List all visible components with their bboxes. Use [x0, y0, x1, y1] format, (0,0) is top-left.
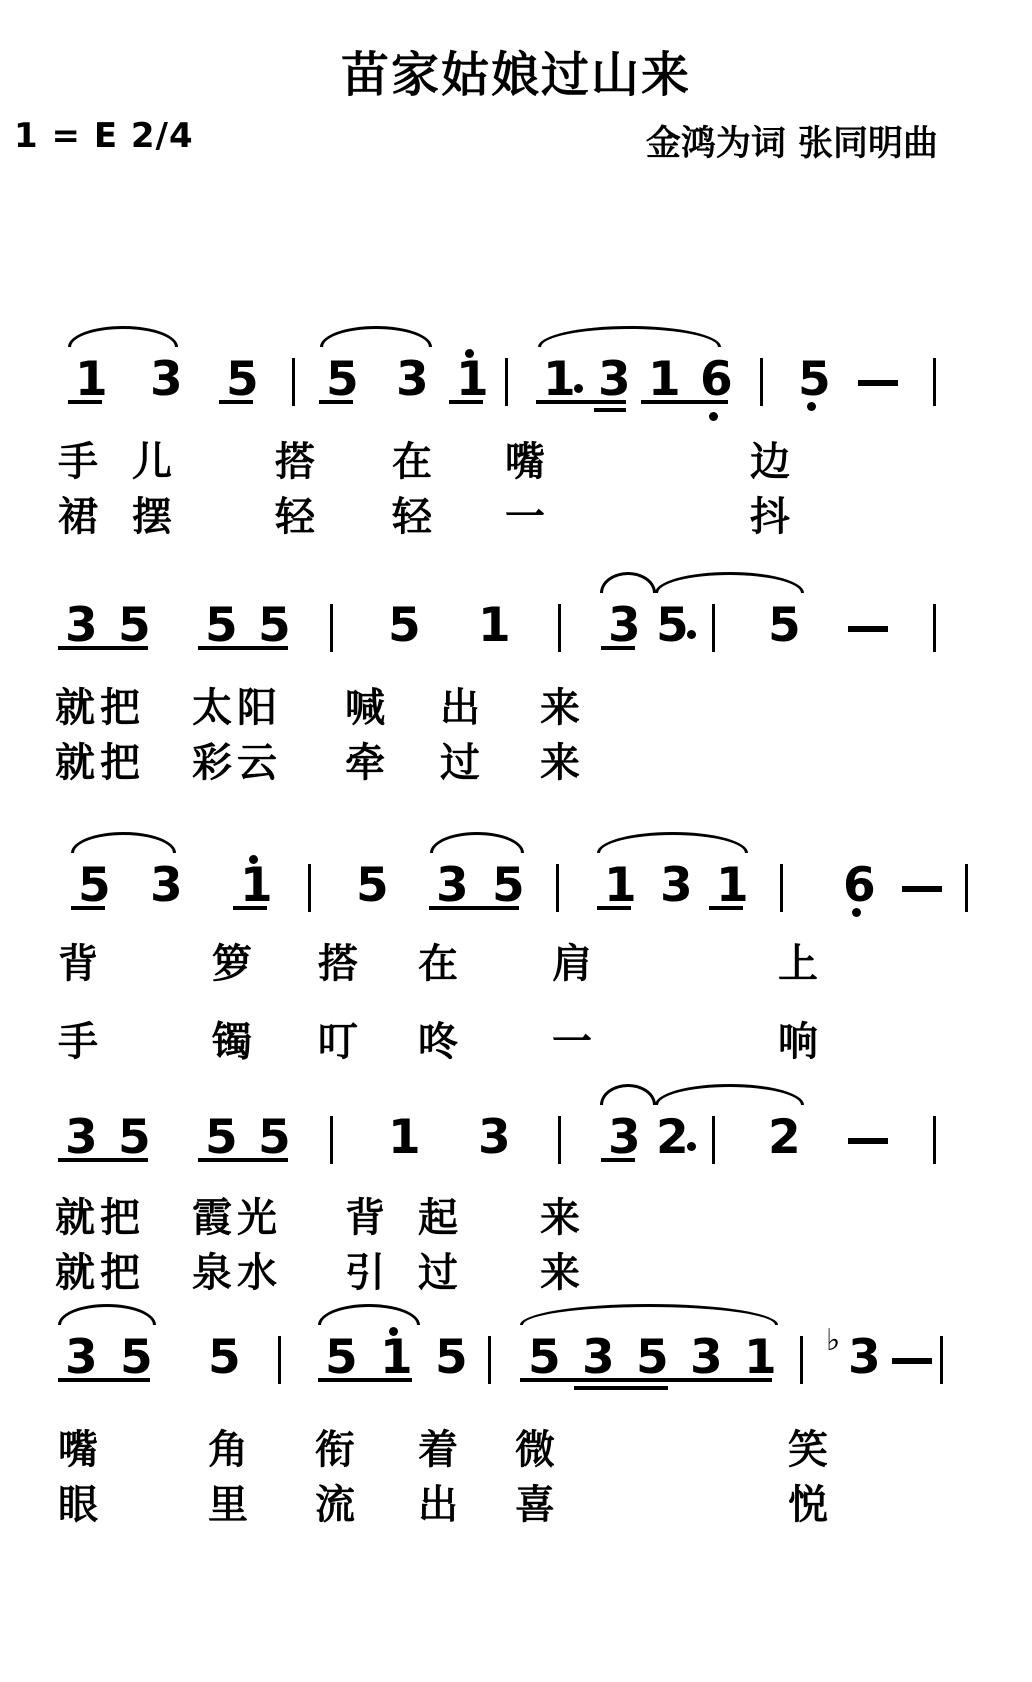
lyric-char: 来: [540, 688, 580, 728]
bar-line: [330, 1116, 333, 1164]
lyric-char: 衔: [315, 1430, 355, 1470]
slur-arc: [320, 326, 432, 347]
note-digit: 6: [843, 862, 876, 909]
lyric-char: 在: [418, 944, 458, 984]
lyric-char: 一: [552, 1022, 592, 1062]
augmentation-dot: [574, 384, 583, 393]
lyric-char: 云: [237, 743, 277, 783]
lyric-char: 裙: [58, 497, 98, 537]
lyric-char: 喜: [515, 1485, 555, 1525]
note-digit: 5: [768, 602, 801, 649]
note-digit: 5: [205, 602, 238, 649]
bar-line: [505, 358, 508, 406]
note-digit: 3: [660, 862, 693, 909]
lyric-char: 把: [100, 1198, 140, 1238]
bar-line: [488, 1336, 491, 1384]
lyric-char: 把: [100, 1253, 140, 1293]
lyric-char: 在: [392, 442, 432, 482]
note-digit: 5: [636, 1334, 669, 1381]
bar-line: [558, 604, 561, 652]
lyric-char: 肩: [552, 944, 592, 984]
lyric-char: 摆: [132, 497, 172, 537]
lyric-char: 流: [315, 1485, 355, 1525]
note-digit: 3: [150, 356, 183, 403]
bar-line: [558, 1116, 561, 1164]
bar-line: [940, 1336, 943, 1384]
music-system: 5315351316背箩搭在肩上手镯叮咚一响: [0, 836, 1032, 1068]
lyric-char: 响: [778, 1022, 818, 1062]
lyric-char: 把: [100, 743, 140, 783]
lyric-char: 就: [55, 1253, 95, 1293]
sheet-music-page: 苗家姑娘过山来 1 = E 2/4 金鸿为词 张同明曲 13553113165手…: [0, 0, 1032, 1682]
slur-arc: [597, 832, 748, 853]
note-digit: 1: [604, 862, 637, 909]
lyric-char: 悦: [788, 1485, 828, 1525]
note-digit: 1: [648, 356, 681, 403]
lyric-char: 霞: [192, 1198, 232, 1238]
slur-arc: [318, 1304, 420, 1325]
music-system: 355513322就把霞光背起来就把泉水引过来: [0, 1088, 1032, 1320]
lyric-char: 就: [55, 743, 95, 783]
lyric-char: 来: [540, 1253, 580, 1293]
lyric-char: 微: [515, 1430, 555, 1470]
low-octave-dot: [709, 412, 718, 421]
duration-dash: [892, 1358, 932, 1364]
high-octave-dot: [389, 1327, 398, 1336]
note-digit: 1: [240, 862, 273, 909]
lyric-char: 一: [505, 497, 545, 537]
bar-line: [712, 1116, 715, 1164]
lyric-char: 来: [540, 1198, 580, 1238]
lyric-char: 着: [418, 1430, 458, 1470]
slur-arc: [430, 832, 524, 853]
lyric-char: 背: [345, 1198, 385, 1238]
high-octave-dot: [249, 855, 258, 864]
low-octave-dot: [852, 908, 861, 917]
note-digit: 5: [528, 1334, 561, 1381]
bar-line: [556, 864, 559, 912]
lyric-char: 轻: [275, 497, 315, 537]
lyric-char: 手: [58, 442, 98, 482]
lyric-char: 光: [237, 1198, 277, 1238]
note-digit: 2: [656, 1114, 689, 1161]
note-digit: 5: [798, 356, 831, 403]
lyric-char: 起: [418, 1198, 458, 1238]
note-digit: 3: [436, 862, 469, 909]
note-digit: 5: [656, 602, 689, 649]
music-system: 13553113165手儿搭在嘴边裙摆轻轻一抖: [0, 330, 1032, 562]
slur-arc: [538, 326, 721, 347]
lyric-char: 角: [208, 1430, 248, 1470]
music-system: 355551355就把太阳喊出来就把彩云牵过来: [0, 576, 1032, 808]
lyric-char: 背: [58, 944, 98, 984]
lyric-char: 叮: [318, 1022, 358, 1062]
duration-dash: [858, 380, 898, 386]
note-digit: 5: [118, 602, 151, 649]
slur-arc: [600, 1084, 656, 1105]
note-digit: 5: [120, 1334, 153, 1381]
note-digit: 1: [456, 356, 489, 403]
bar-line: [933, 358, 936, 406]
lyric-char: 就: [55, 688, 95, 728]
note-digit: 3: [396, 356, 429, 403]
slur-arc: [655, 572, 804, 593]
note-digit: 5: [118, 1114, 151, 1161]
lyric-char: 咚: [418, 1022, 458, 1062]
bar-line: [760, 358, 763, 406]
lyric-char: 边: [750, 442, 790, 482]
note-digit: 5: [226, 356, 259, 403]
lyric-char: 搭: [318, 944, 358, 984]
lyric-char: 阳: [237, 688, 277, 728]
lyric-char: 水: [237, 1253, 277, 1293]
note-digit: 3: [598, 356, 631, 403]
score: 13553113165手儿搭在嘴边裙摆轻轻一抖355551355就把太阳喊出来就…: [0, 0, 1032, 1682]
duration-dash: [848, 1138, 888, 1144]
lyric-char: 里: [208, 1485, 248, 1525]
note-digit: 1: [478, 602, 511, 649]
note-digit: 5: [325, 1334, 358, 1381]
lyric-char: 抖: [750, 497, 790, 537]
lyric-char: 箩: [212, 944, 252, 984]
bar-line: [780, 864, 783, 912]
lyric-char: 眼: [58, 1485, 98, 1525]
lyric-char: 手: [58, 1022, 98, 1062]
duration-dash: [902, 886, 942, 892]
music-system: 355515535313♭嘴角衔着微笑眼里流出喜悦: [0, 1308, 1032, 1540]
slur-arc: [68, 326, 178, 347]
low-octave-dot: [807, 402, 816, 411]
note-digit: 3: [65, 1114, 98, 1161]
note-digit: 3: [478, 1114, 511, 1161]
bar-line: [800, 1336, 803, 1384]
augmentation-dot: [687, 630, 696, 639]
bar-line: [712, 604, 715, 652]
lyric-char: 嘴: [505, 442, 545, 482]
note-digit: 3: [848, 1334, 881, 1381]
lyric-char: 轻: [392, 497, 432, 537]
note-digit: 5: [205, 1114, 238, 1161]
bar-line: [965, 864, 968, 912]
beam-underline: [574, 1386, 668, 1390]
lyric-char: 泉: [192, 1253, 232, 1293]
lyric-char: 过: [440, 743, 480, 783]
lyric-char: 引: [345, 1253, 385, 1293]
lyric-char: 搭: [275, 442, 315, 482]
note-digit: 3: [608, 602, 641, 649]
lyric-char: 来: [540, 743, 580, 783]
lyric-char: 嘴: [58, 1430, 98, 1470]
note-digit: 2: [768, 1114, 801, 1161]
note-digit: 5: [78, 862, 111, 909]
bar-line: [933, 1116, 936, 1164]
slur-arc: [58, 1304, 156, 1325]
lyric-char: 镯: [212, 1022, 252, 1062]
slur-arc: [71, 832, 176, 853]
note-digit: 1: [744, 1334, 777, 1381]
note-digit: 6: [700, 356, 733, 403]
bar-line: [292, 358, 295, 406]
lyric-char: 笑: [788, 1430, 828, 1470]
lyric-char: 彩: [192, 743, 232, 783]
beam-underline: [594, 408, 626, 412]
lyric-char: 把: [100, 688, 140, 728]
note-digit: 5: [356, 862, 389, 909]
note-digit: 1: [543, 356, 576, 403]
note-digit: 1: [380, 1334, 413, 1381]
bar-line: [278, 1336, 281, 1384]
lyric-char: 出: [440, 688, 480, 728]
note-digit: 3: [150, 862, 183, 909]
lyric-char: 喊: [345, 688, 385, 728]
note-digit: 1: [716, 862, 749, 909]
flat-icon: ♭: [826, 1326, 840, 1356]
slur-arc: [600, 572, 656, 593]
augmentation-dot: [687, 1142, 696, 1151]
note-digit: 3: [582, 1334, 615, 1381]
lyric-char: 出: [418, 1485, 458, 1525]
lyric-char: 上: [778, 944, 818, 984]
slur-arc: [520, 1304, 778, 1325]
note-digit: 3: [65, 602, 98, 649]
lyric-char: 就: [55, 1198, 95, 1238]
note-digit: 1: [75, 356, 108, 403]
note-digit: 3: [65, 1334, 98, 1381]
note-digit: 5: [208, 1334, 241, 1381]
high-octave-dot: [465, 349, 474, 358]
lyric-char: 儿: [132, 442, 172, 482]
note-digit: 1: [388, 1114, 421, 1161]
note-digit: 5: [326, 356, 359, 403]
bar-line: [308, 864, 311, 912]
note-digit: 5: [388, 602, 421, 649]
note-digit: 3: [608, 1114, 641, 1161]
bar-line: [330, 604, 333, 652]
duration-dash: [848, 626, 888, 632]
lyric-char: 太: [192, 688, 232, 728]
lyric-char: 过: [418, 1253, 458, 1293]
note-digit: 5: [492, 862, 525, 909]
bar-line: [933, 604, 936, 652]
note-digit: 5: [258, 1114, 291, 1161]
note-digit: 5: [258, 602, 291, 649]
slur-arc: [655, 1084, 804, 1105]
note-digit: 5: [435, 1334, 468, 1381]
note-digit: 3: [690, 1334, 723, 1381]
lyric-char: 牵: [345, 743, 385, 783]
